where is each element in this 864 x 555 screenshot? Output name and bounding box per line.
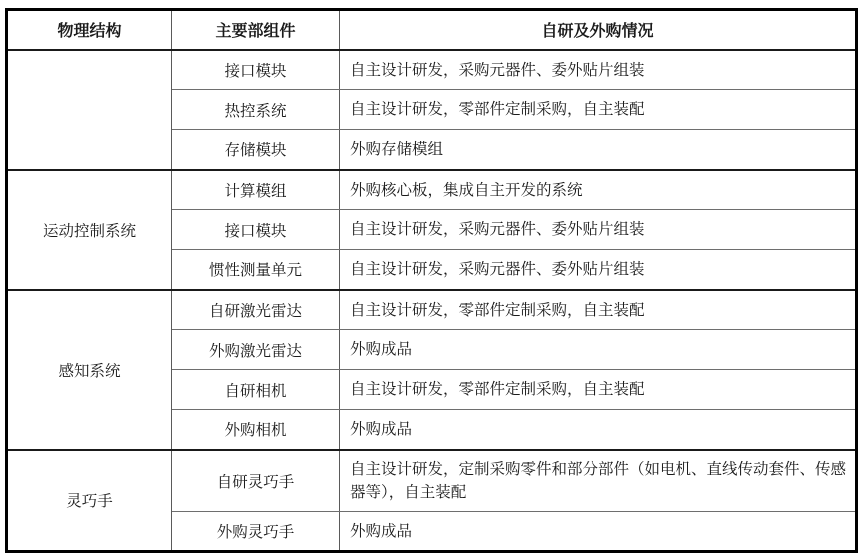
component-cell: 自研灵巧手: [172, 450, 340, 512]
col-header-main-components: 主要部组件: [172, 10, 340, 50]
status-cell: 自主设计研发，采购元器件、委外贴片组装: [340, 250, 857, 290]
table-row: 接口模块 自主设计研发，采购元器件、委外贴片组装: [7, 50, 857, 90]
status-cell: 自主设计研发，定制采购零件和部分部件（如电机、直线传动套件、传感器等），自主装配: [340, 450, 857, 512]
category-cell: [7, 50, 172, 170]
document-page: 物理结构 主要部组件 自研及外购情况 接口模块 自主设计研发，采购元器件、委外贴…: [0, 0, 864, 555]
col-header-physical-structure: 物理结构: [7, 10, 172, 50]
component-cell: 热控系统: [172, 90, 340, 130]
component-cell: 外购相机: [172, 410, 340, 450]
component-cell: 惯性测量单元: [172, 250, 340, 290]
category-cell: 运动控制系统: [7, 170, 172, 290]
col-header-inhouse-outsourced: 自研及外购情况: [340, 10, 857, 50]
status-cell: 外购成品: [340, 410, 857, 450]
status-cell: 外购核心板，集成自主开发的系统: [340, 170, 857, 210]
status-cell: 自主设计研发，采购元器件、委外贴片组装: [340, 50, 857, 90]
category-cell: 感知系统: [7, 290, 172, 450]
status-cell: 自主设计研发，零部件定制采购，自主装配: [340, 370, 857, 410]
status-cell: 自主设计研发，零部件定制采购，自主装配: [340, 290, 857, 330]
header-row: 物理结构 主要部组件 自研及外购情况: [7, 10, 857, 50]
status-cell: 外购成品: [340, 330, 857, 370]
component-cell: 接口模块: [172, 210, 340, 250]
status-cell: 外购成品: [340, 512, 857, 552]
components-table: 物理结构 主要部组件 自研及外购情况 接口模块 自主设计研发，采购元器件、委外贴…: [5, 8, 858, 553]
status-cell: 自主设计研发，零部件定制采购，自主装配: [340, 90, 857, 130]
component-cell: 自研相机: [172, 370, 340, 410]
component-cell: 存储模块: [172, 130, 340, 170]
category-cell: 灵巧手: [7, 450, 172, 552]
table-row: 感知系统 自研激光雷达 自主设计研发，零部件定制采购，自主装配: [7, 290, 857, 330]
component-cell: 计算模组: [172, 170, 340, 210]
table-row: 运动控制系统 计算模组 外购核心板，集成自主开发的系统: [7, 170, 857, 210]
component-cell: 外购激光雷达: [172, 330, 340, 370]
component-cell: 外购灵巧手: [172, 512, 340, 552]
status-cell: 外购存储模组: [340, 130, 857, 170]
component-cell: 接口模块: [172, 50, 340, 90]
component-cell: 自研激光雷达: [172, 290, 340, 330]
table-row: 灵巧手 自研灵巧手 自主设计研发，定制采购零件和部分部件（如电机、直线传动套件、…: [7, 450, 857, 512]
status-cell: 自主设计研发，采购元器件、委外贴片组装: [340, 210, 857, 250]
